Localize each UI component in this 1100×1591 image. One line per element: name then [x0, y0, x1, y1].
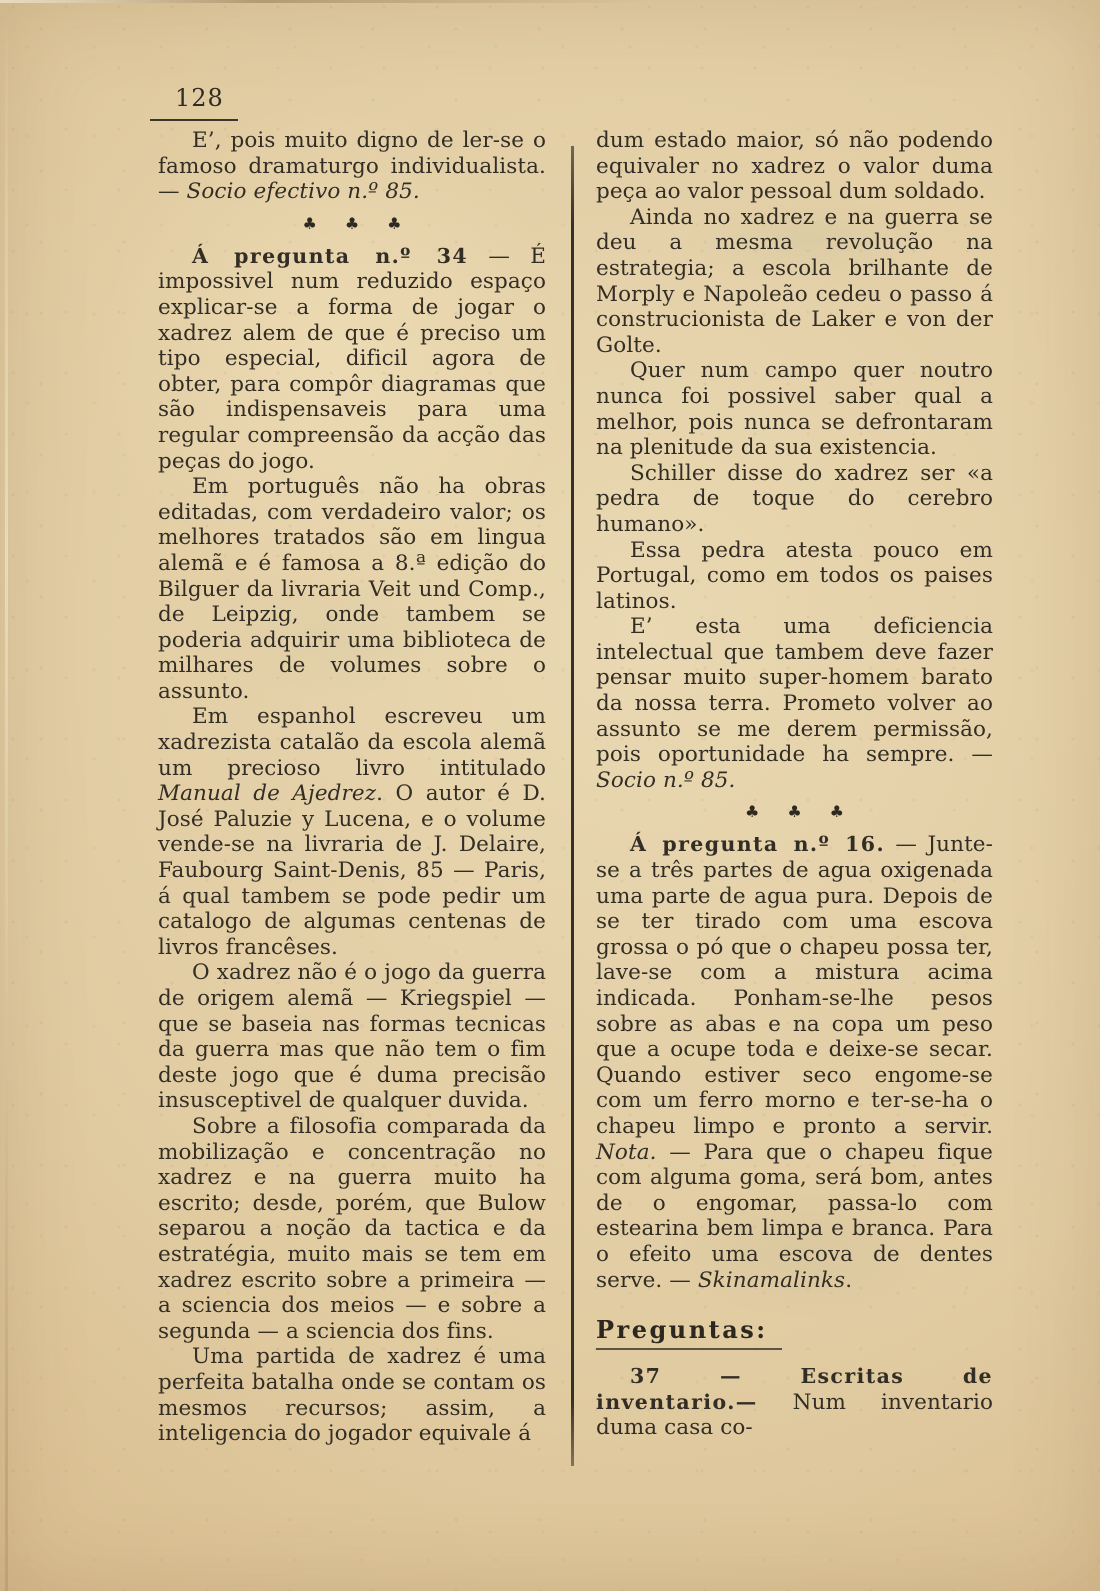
paragraph-text: Em espanhol escreveu um xadrezista catal… [158, 704, 546, 780]
paragraph-text: . [845, 1268, 852, 1293]
paragraph-answer-34: Á pregunta n.º 34 — É impossivel num red… [158, 244, 546, 474]
page-top-edge [0, 0, 682, 3]
paragraph-text: Uma partida de xadrez é uma perfeita bat… [158, 1344, 546, 1446]
page-left-edge [5, 0, 8, 1591]
paragraph-text: O xadrez não é o jogo da guerra de orige… [158, 960, 546, 1113]
paragraph-text: Quer num campo quer noutro nunca foi pos… [596, 358, 993, 460]
answer-16-heading: Á pregunta n.º 16. [630, 832, 885, 856]
paragraph-question-37: 37 — Escritas de inventario.— Num invent… [596, 1364, 993, 1441]
right-column: dum estado maior, só não podendo equival… [596, 128, 993, 1441]
scanned-magazine-page: 128 E’, pois muito digno de ler-se o fam… [0, 0, 1100, 1591]
page-number: 128 [150, 84, 238, 121]
paragraph-text: — Junte-se a três partes de agua oxigena… [596, 832, 993, 1139]
fleuron-divider-icon: ♣♣♣ [596, 802, 993, 821]
paragraph-estado-maior: dum estado maior, só não podendo equival… [596, 128, 993, 205]
paragraph-kriegspiel: O xadrez não é o jogo da guerra de orige… [158, 960, 546, 1114]
paragraph-deficiencia: E’ esta uma deficiencia intelectual que … [596, 614, 993, 793]
paragraph-schiller-quote: Schiller disse do xadrez ser «a pedra de… [596, 461, 993, 538]
paragraph-philosophy: Sobre a filosofia comparada da mobilizaç… [158, 1114, 546, 1344]
paragraph-intro: E’, pois muito digno de ler-se o famoso … [158, 128, 546, 205]
paragraph-revolucao: Ainda no xadrez e na guerra se deu a mes… [596, 205, 993, 359]
paragraph-text: Sobre a filosofia comparada da mobilizaç… [158, 1114, 546, 1344]
paragraph-text: Ainda no xadrez e na guerra se deu a mes… [596, 205, 993, 358]
paragraph-portuguese-books: Em português não ha obras editadas, com … [158, 474, 546, 704]
paragraph-text: Em português não ha obras editadas, com … [158, 474, 546, 704]
paragraph-chess-battle: Uma partida de xadrez é uma perfeita bat… [158, 1344, 546, 1446]
paragraph-text: . O autor é D. José Paluzie y Lucena, e … [158, 781, 546, 960]
paragraph-text: Schiller disse do xadrez ser «a pedra de… [596, 461, 993, 537]
page-number-text: 128 [175, 84, 224, 112]
paragraph-text: E’ esta uma deficiencia intelectual que … [596, 614, 993, 767]
member-signature: Socio n.º 85. [596, 768, 736, 793]
paragraph-spanish-book: Em espanhol escreveu um xadrezista catal… [158, 704, 546, 960]
preguntas-section-heading: Preguntas: [596, 1315, 782, 1350]
member-signature: Socio efectivo n.º 85. [187, 179, 420, 204]
paragraph-text: — É impossivel num reduzido espaço expli… [158, 244, 546, 474]
answer-34-heading: Á pregunta n.º 34 [192, 244, 468, 268]
nota-label: Nota. [596, 1140, 657, 1165]
paragraph-answer-16: Á pregunta n.º 16. — Junte-se a três par… [596, 832, 993, 1293]
paragraph-text: Essa pedra atesta pouco em Portugal, com… [596, 538, 993, 614]
paragraph-quer-campo: Quer num campo quer noutro nunca foi pos… [596, 358, 993, 460]
fleuron-divider-icon: ♣♣♣ [158, 214, 546, 233]
paragraph-text: dum estado maior, só não podendo equival… [596, 128, 993, 204]
book-title: Manual de Ajedrez [158, 781, 376, 806]
left-column: E’, pois muito digno de ler-se o famoso … [158, 128, 546, 1447]
column-divider-rule [571, 146, 574, 1466]
paragraph-essa-pedra: Essa pedra atesta pouco em Portugal, com… [596, 538, 993, 615]
pseudonym-signature: Skinamalinks [698, 1268, 845, 1293]
